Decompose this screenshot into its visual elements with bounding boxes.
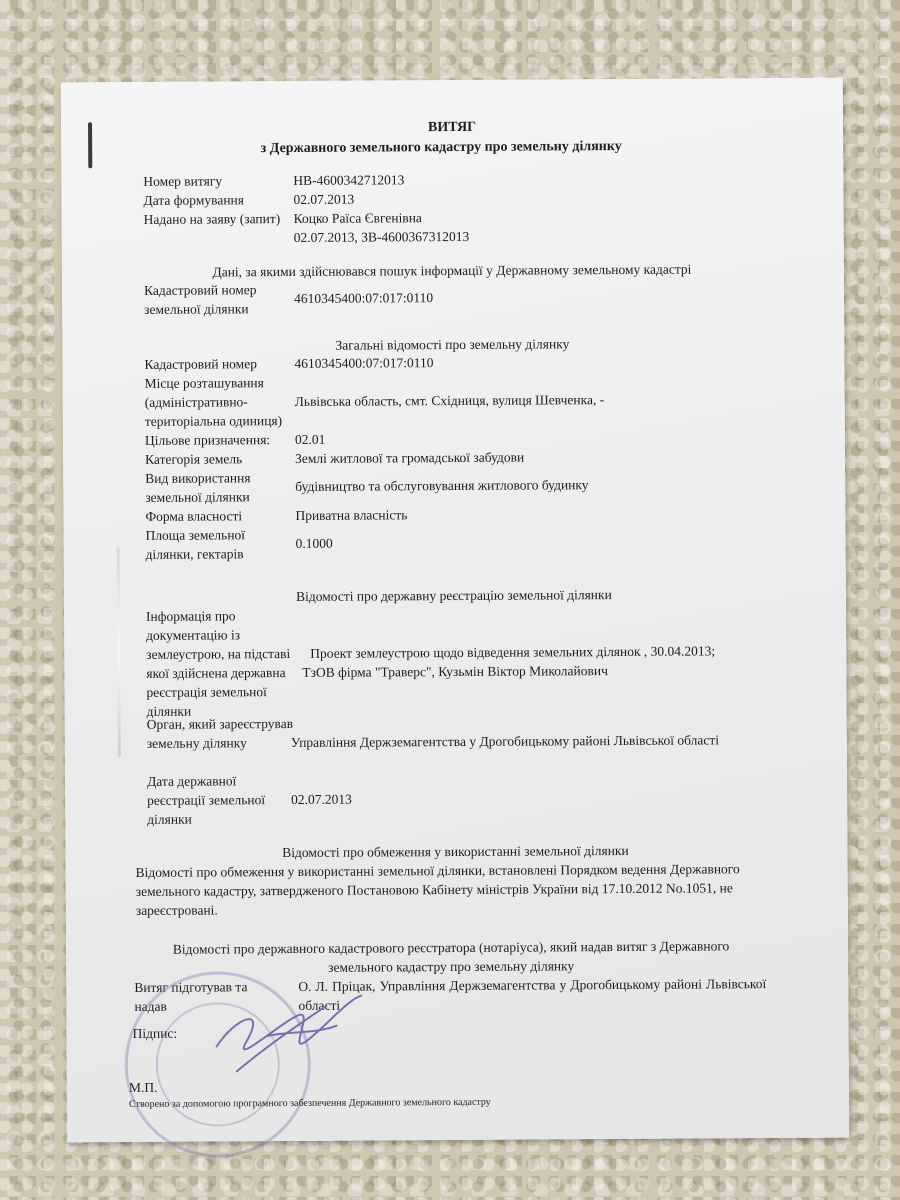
registering-authority-label: Орган, який зареєстрував земельну ділянк… [147, 714, 297, 753]
search-cadastral-label: Кадастровий номер земельної ділянки [144, 280, 284, 319]
document-subtitle: з Державного земельного кадастру про зем… [61, 136, 821, 160]
prepared-by-value: О. Л. Пріцак, Управління Держземагентств… [298, 974, 766, 1015]
area-value: 0.1000 [296, 534, 333, 553]
signature [206, 986, 367, 1077]
request-applicant: Коцко Раїса Євгенівна [294, 208, 422, 228]
area-label: Площа земельної ділянки, гектарів [145, 525, 285, 564]
land-category-label: Категорія земель [145, 449, 305, 469]
registration-date-label: Дата державної реєстрації земельної діля… [147, 771, 287, 829]
request-label: Надано на заяву (запит) [144, 209, 314, 229]
registration-date-value: 02.07.2013 [291, 790, 352, 809]
documentation-value-line1: Проект землеустрою щодо відведення земел… [310, 641, 715, 662]
documentation-value-line2: ТзОВ фірма "Траверс", Кузьмін Віктор Мик… [302, 661, 608, 682]
land-category-value: Землі житлової та громадської забудови [295, 448, 524, 468]
documentation-label: Інформація про документацію із землеустр… [146, 606, 297, 721]
binding-thread [117, 547, 121, 757]
registration-section-heading: Відомості про державну реєстрацію земель… [144, 584, 764, 607]
footer-note: Створено за допомогою програмного забезп… [129, 1093, 491, 1114]
formation-date-value: 02.07.2013 [293, 190, 354, 209]
search-cadastral-value: 4610345400:07:017:0110 [294, 288, 433, 308]
formation-date-label: Дата формування [143, 190, 303, 210]
signature-label: Підпис: [133, 1024, 178, 1043]
location-value: Львівська область, смт. Східниця, вулиця… [295, 390, 605, 411]
ownership-value: Приватна власність [295, 505, 407, 525]
ownership-label: Форма власності [145, 506, 305, 526]
location-label: Місце розташування (адміністративно-тери… [145, 373, 295, 431]
purpose-value: 02.01 [295, 430, 325, 449]
extract-number-value: НВ-4600342712013 [293, 170, 404, 190]
document-page: ВИТЯГ з Державного земельного кадастру п… [61, 78, 849, 1143]
registering-authority-value: Управління Держземагентства у Дрогобицьк… [291, 730, 719, 752]
search-section-heading: Дані, за якими здійснювався пошук інформ… [142, 259, 762, 282]
cadastral-number-label: Кадастровий номер [144, 354, 304, 374]
purpose-label: Цільове призначення: [145, 430, 305, 450]
cadastral-number-value: 4610345400:07:017:0110 [294, 353, 433, 373]
general-section-heading: Загальні відомості про земельну ділянку [142, 333, 762, 356]
land-use-value: будівництво та обслуговування житлового … [295, 475, 588, 496]
land-use-label: Вид використання земельної ділянки [145, 468, 285, 507]
restrictions-text: Відомості про обмеження у використанні з… [136, 859, 766, 920]
extract-number-label: Номер витягу [143, 171, 303, 191]
request-number: 02.07.2013, ЗВ-4600367312013 [294, 227, 470, 247]
